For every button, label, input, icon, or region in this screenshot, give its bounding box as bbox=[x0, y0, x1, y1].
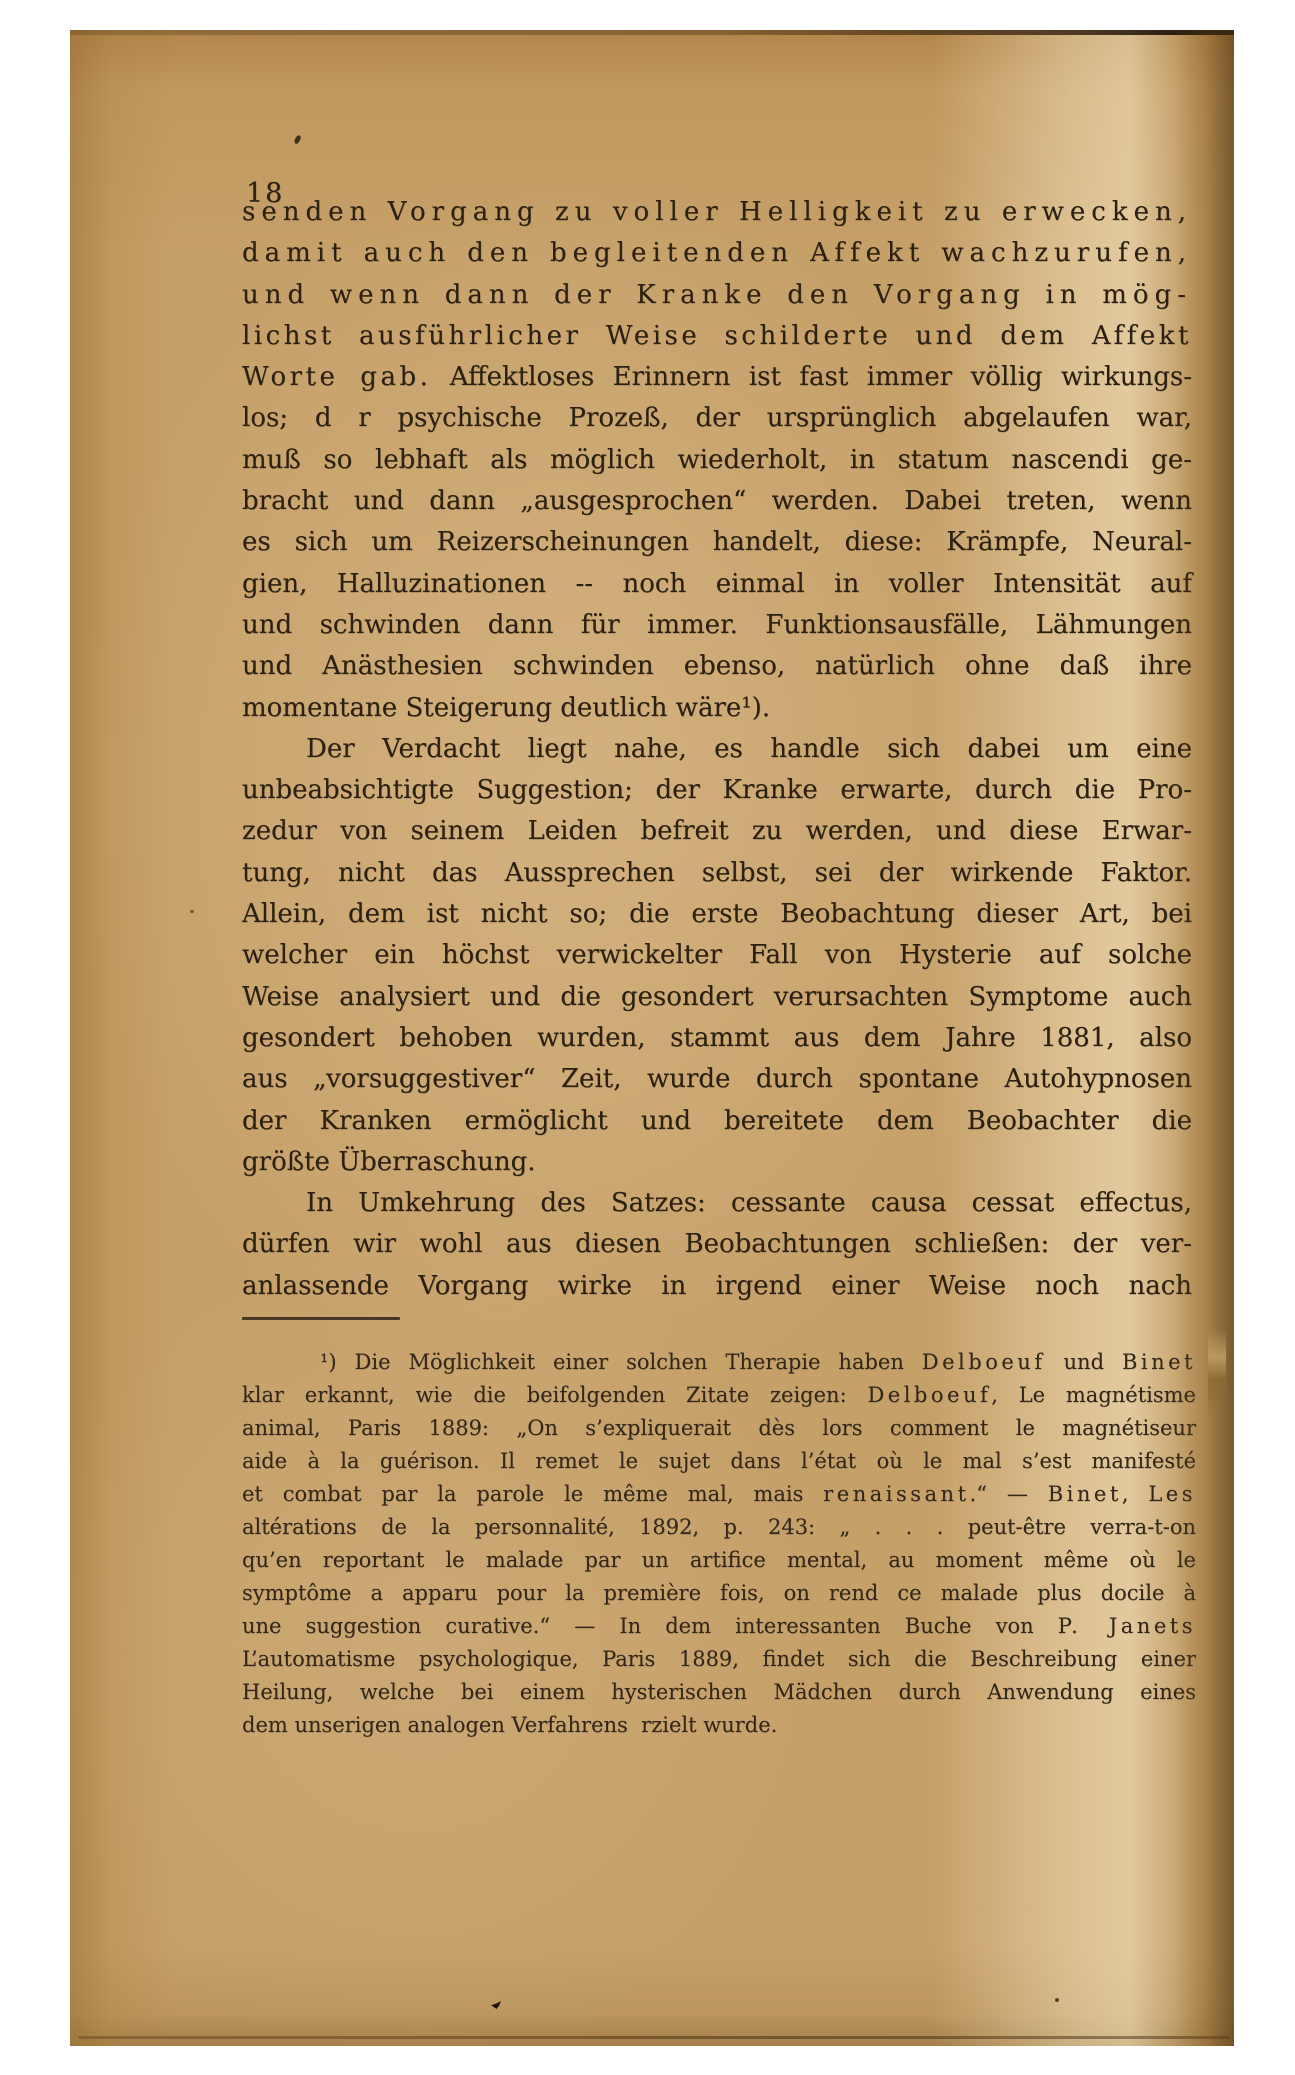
letterspaced-text: damit auch den begleitenden Affekt wachz… bbox=[242, 238, 1192, 268]
letterspaced-text: lichst ausführlicher Weise schilderte un… bbox=[242, 321, 1192, 351]
letterspaced-text: renaissant bbox=[823, 1482, 969, 1506]
text-line: anlassende Vorgang wirke in irgend einer… bbox=[242, 1266, 1192, 1307]
text-line: bracht und dann „ausgesprochen“ werden. … bbox=[242, 481, 1192, 522]
text-line: gesondert behoben wurden, stammt aus dem… bbox=[242, 1018, 1192, 1059]
text-segment: welcher ein höchst verwickelter Fall von… bbox=[242, 940, 1192, 970]
text-line: momentane Steigerung deutlich wäre¹). bbox=[242, 688, 1192, 729]
text-segment: , bbox=[1122, 1482, 1149, 1506]
text-line: animal, Paris 1889: „On s’expliquerait d… bbox=[242, 1412, 1196, 1445]
text-line: symptôme a apparu pour la première fois,… bbox=[242, 1577, 1196, 1610]
text-line: unbeabsichtigte Suggestion; der Kranke e… bbox=[242, 770, 1192, 811]
text-segment: klar erkannt, wie die beifolgenden Zitat… bbox=[242, 1383, 867, 1407]
text-segment: zedur von seinem Leiden befreit zu werde… bbox=[242, 816, 1192, 846]
text-segment: qu’en reportant le malade par un artific… bbox=[242, 1548, 1196, 1572]
text-line: lichst ausführlicher Weise schilderte un… bbox=[242, 316, 1192, 357]
text-segment: bracht und dann „ausgesprochen“ werden. … bbox=[242, 486, 1192, 516]
text-segment: Weise analysiert und die gesondert verur… bbox=[242, 982, 1192, 1012]
footnote-separator-rule bbox=[242, 1317, 400, 1320]
text-segment: dürfen wir wohl aus diesen Beobachtungen… bbox=[242, 1229, 1192, 1259]
body-text-block: senden Vorgang zu voller Helligkeit zu e… bbox=[242, 192, 1192, 1307]
text-line: ¹) Die Möglichkeit einer solchen Therapi… bbox=[242, 1346, 1196, 1379]
text-segment: aide à la guérison. Il remet le sujet da… bbox=[242, 1449, 1196, 1473]
ink-dot bbox=[1055, 1998, 1059, 2002]
text-segment: et combat par la parole le même mal, mai… bbox=[242, 1482, 823, 1506]
ink-dot bbox=[190, 910, 194, 913]
text-segment: und bbox=[1046, 1350, 1122, 1374]
text-line: welcher ein höchst verwickelter Fall von… bbox=[242, 935, 1192, 976]
letterspaced-text: und wenn dann der Kranke den Vorgang in … bbox=[242, 280, 1192, 310]
text-line: und Anästhesien schwinden ebenso, natürl… bbox=[242, 646, 1192, 687]
ink-fleck-mark bbox=[293, 134, 301, 144]
text-segment: größte Überraschung. bbox=[242, 1147, 536, 1177]
text-line: L’automatisme psychologique, Paris 1889,… bbox=[242, 1643, 1196, 1676]
text-line: Weise analysiert und die gesondert verur… bbox=[242, 977, 1192, 1018]
text-segment: Allein, dem ist nicht so; die erste Beob… bbox=[242, 899, 1192, 929]
text-segment: dem unserigen analogen Verfahrens rzielt… bbox=[242, 1713, 777, 1737]
letterspaced-text: P. Janets bbox=[1058, 1614, 1196, 1638]
letterspaced-text: Delboeuf bbox=[867, 1383, 991, 1407]
text-line: größte Überraschung. bbox=[242, 1142, 1192, 1183]
text-segment: altérations de la personnalité, 1892, p.… bbox=[242, 1515, 1196, 1539]
text-segment: gien, Halluzinationen -- noch einmal in … bbox=[242, 569, 1192, 599]
text-segment: und schwinden dann für immer. Funktionsa… bbox=[242, 610, 1192, 640]
text-segment: une suggestion curative.“ — In dem inter… bbox=[242, 1614, 1058, 1638]
letterspaced-text: Binet bbox=[1122, 1350, 1196, 1374]
text-segment: , Le magnétisme bbox=[991, 1383, 1196, 1407]
text-segment: los; d r psychische Prozeß, der ursprüng… bbox=[242, 403, 1192, 433]
scanned-book-page-screenshot: { "page": { "number": "18" }, "colors": … bbox=[0, 0, 1295, 2075]
text-line: zedur von seinem Leiden befreit zu werde… bbox=[242, 811, 1192, 852]
text-line: und schwinden dann für immer. Funktionsa… bbox=[242, 605, 1192, 646]
text-segment: L’automatisme psychologique, Paris 1889,… bbox=[242, 1647, 1196, 1671]
text-line: une suggestion curative.“ — In dem inter… bbox=[242, 1610, 1196, 1643]
text-line: dem unserigen analogen Verfahrens rzielt… bbox=[242, 1709, 1196, 1742]
text-line: qu’en reportant le malade par un artific… bbox=[242, 1544, 1196, 1577]
text-segment: es sich um Reizerscheinungen handelt, di… bbox=[242, 527, 1192, 557]
text-segment: muß so lebhaft als möglich wiederholt, i… bbox=[242, 445, 1192, 475]
text-line: und wenn dann der Kranke den Vorgang in … bbox=[242, 275, 1192, 316]
text-line: der Kranken ermöglicht und bereitete dem… bbox=[242, 1101, 1192, 1142]
text-segment: .“ — bbox=[970, 1482, 1048, 1506]
text-line: Heilung, welche bei einem hysterischen M… bbox=[242, 1676, 1196, 1709]
letterspaced-text: Delboeuf bbox=[922, 1350, 1046, 1374]
text-segment: unbeabsichtigte Suggestion; der Kranke e… bbox=[242, 775, 1192, 805]
text-segment: gesondert behoben wurden, stammt aus dem… bbox=[242, 1023, 1192, 1053]
text-segment: und Anästhesien schwinden ebenso, natürl… bbox=[242, 651, 1192, 681]
text-segment: animal, Paris 1889: „On s’expliquerait d… bbox=[242, 1416, 1196, 1440]
text-line: tung, nicht das Aussprechen selbst, sei … bbox=[242, 853, 1192, 894]
text-line: muß so lebhaft als möglich wiederholt, i… bbox=[242, 440, 1192, 481]
letterspaced-text: Les bbox=[1148, 1482, 1196, 1506]
text-line: aus „vorsuggestiver“ Zeit, wurde durch s… bbox=[242, 1059, 1192, 1100]
text-segment: der Kranken ermöglicht und bereitete dem… bbox=[242, 1106, 1192, 1136]
text-line: es sich um Reizerscheinungen handelt, di… bbox=[242, 522, 1192, 563]
text-line: los; d r psychische Prozeß, der ursprüng… bbox=[242, 398, 1192, 439]
ink-speck-mark bbox=[491, 2001, 501, 2009]
book-page-scan: 18 senden Vorgang zu voller Helligkeit z… bbox=[70, 30, 1234, 2046]
footnote-text-block: ¹) Die Möglichkeit einer solchen Therapi… bbox=[242, 1346, 1196, 1742]
text-line: Der Verdacht liegt nahe, es handle sich … bbox=[242, 729, 1192, 770]
text-line: damit auch den begleitenden Affekt wachz… bbox=[242, 233, 1192, 274]
text-segment: aus „vorsuggestiver“ Zeit, wurde durch s… bbox=[242, 1064, 1192, 1094]
letterspaced-text: Binet bbox=[1048, 1482, 1122, 1506]
text-segment: momentane Steigerung deutlich wäre¹). bbox=[242, 693, 770, 723]
text-segment: Der Verdacht liegt nahe, es handle sich … bbox=[306, 734, 1192, 764]
text-segment: Heilung, welche bei einem hysterischen M… bbox=[242, 1680, 1196, 1704]
text-segment: In Umkehrung des Satzes: cessante causa … bbox=[306, 1188, 1192, 1218]
under-page-edge bbox=[1208, 1330, 1226, 1420]
text-line: In Umkehrung des Satzes: cessante causa … bbox=[242, 1183, 1192, 1224]
letterspaced-text: Worte gab. bbox=[242, 362, 431, 392]
text-line: aide à la guérison. Il remet le sujet da… bbox=[242, 1445, 1196, 1478]
text-line: Worte gab. Affektloses Erinnern ist fast… bbox=[242, 357, 1192, 398]
text-line: et combat par la parole le même mal, mai… bbox=[242, 1478, 1196, 1511]
letterspaced-text: senden Vorgang zu voller Helligkeit zu e… bbox=[242, 197, 1192, 227]
text-segment: ¹) Die Möglichkeit einer solchen Therapi… bbox=[320, 1350, 922, 1374]
text-line: senden Vorgang zu voller Helligkeit zu e… bbox=[242, 192, 1192, 233]
text-segment: tung, nicht das Aussprechen selbst, sei … bbox=[242, 858, 1192, 888]
text-line: klar erkannt, wie die beifolgenden Zitat… bbox=[242, 1379, 1196, 1412]
text-segment: anlassende Vorgang wirke in irgend einer… bbox=[242, 1271, 1192, 1301]
text-segment: symptôme a apparu pour la première fois,… bbox=[242, 1581, 1196, 1605]
text-segment: Affektloses Erinnern ist fast immer völl… bbox=[431, 362, 1192, 392]
text-line: altérations de la personnalité, 1892, p.… bbox=[242, 1511, 1196, 1544]
text-line: Allein, dem ist nicht so; die erste Beob… bbox=[242, 894, 1192, 935]
text-line: gien, Halluzinationen -- noch einmal in … bbox=[242, 564, 1192, 605]
text-line: dürfen wir wohl aus diesen Beobachtungen… bbox=[242, 1224, 1192, 1265]
